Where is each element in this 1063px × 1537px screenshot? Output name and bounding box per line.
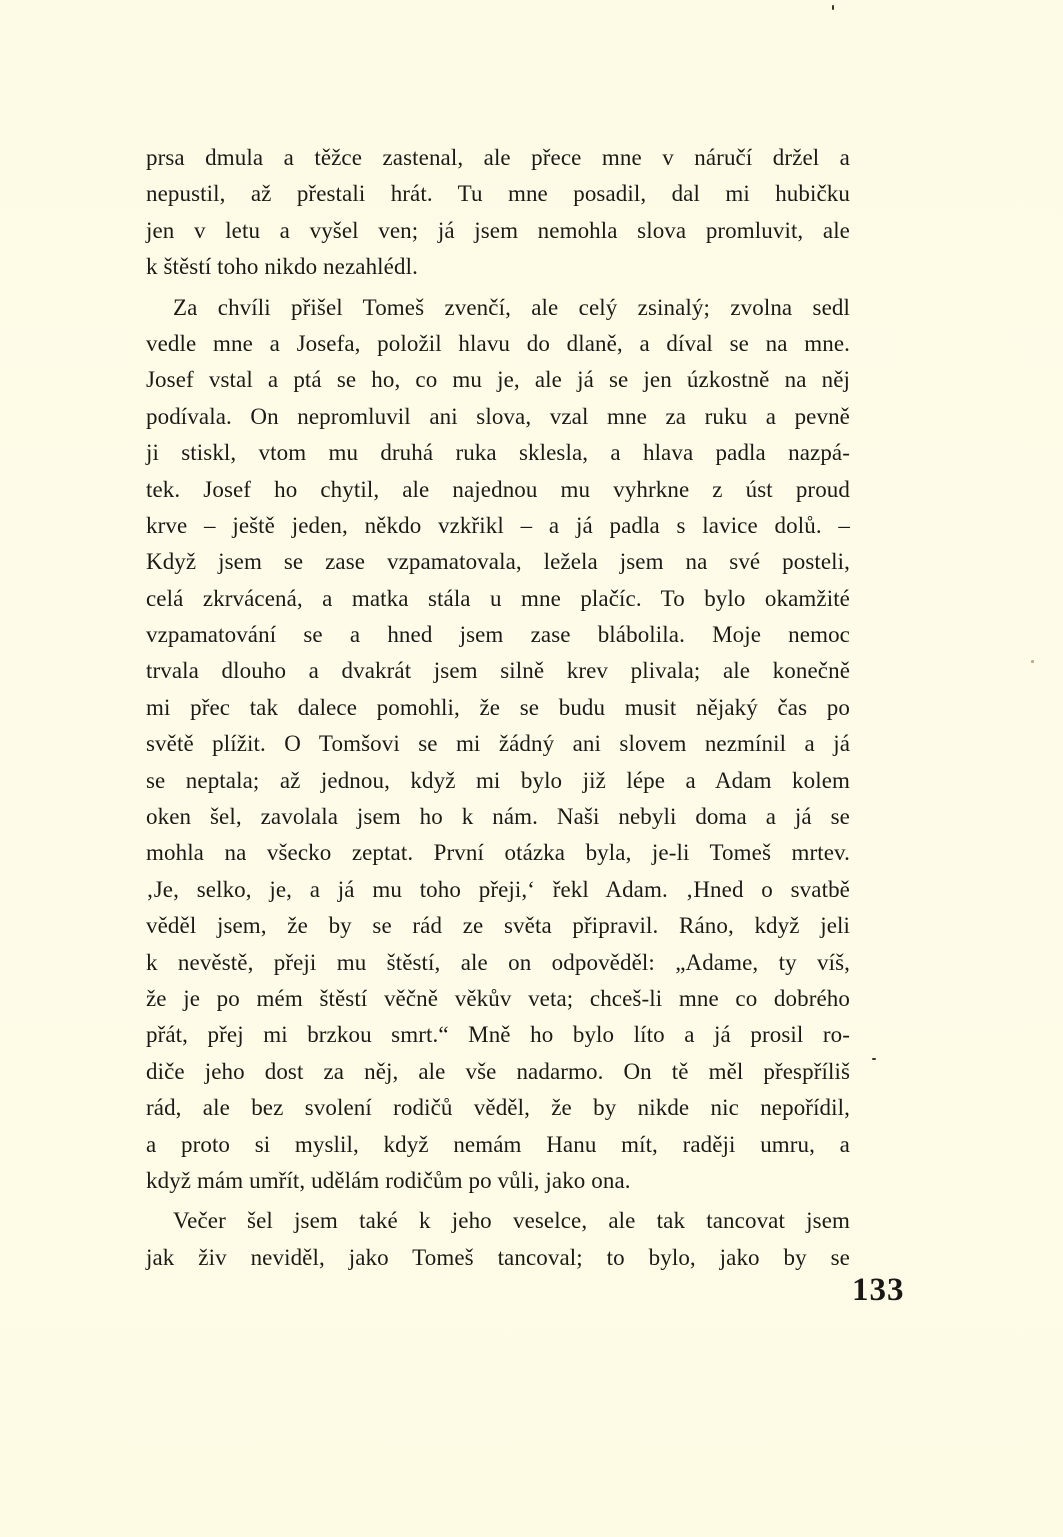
text-line: se neptala; až jednou, když mi bylo již … (146, 763, 850, 799)
text-line: vzpamatování se a hned jsem zase bláboli… (146, 617, 850, 653)
paragraph: Večer šel jsem také k jeho veselce, ale … (146, 1203, 850, 1276)
text-line: podívala. On nepromluvil ani slova, vzal… (146, 399, 850, 435)
text-line: a proto si myslil, když nemám Hanu mít, … (146, 1127, 850, 1163)
body-text: prsa dmula a těžce zastenal, ale přece m… (146, 140, 850, 1276)
text-line: oken šel, zavolala jsem ho k nám. Naši n… (146, 799, 850, 835)
scan-speck (872, 1058, 876, 1060)
text-line: světě plížit. O Tomšovi se mi žádný ani … (146, 726, 850, 762)
text-line: věděl jsem, že by se rád ze světa připra… (146, 908, 850, 944)
text-line: Večer šel jsem také k jeho veselce, ale … (146, 1203, 850, 1239)
text-line: Za chvíli přišel Tomeš zvenčí, ale celý … (146, 290, 850, 326)
scan-speck (832, 5, 834, 10)
text-line: přát, přej mi brzkou smrt.“ Mně ho bylo … (146, 1017, 850, 1053)
paragraph: prsa dmula a těžce zastenal, ale přece m… (146, 140, 850, 286)
text-line: tek. Josef ho chytil, ale najednou mu vy… (146, 472, 850, 508)
page-number: 133 (852, 1272, 905, 1309)
text-line: když mám umřít, udělám rodičům po vůli, … (146, 1163, 850, 1199)
text-line: mohla na všecko zeptat. První otázka byl… (146, 835, 850, 871)
text-line: prsa dmula a těžce zastenal, ale přece m… (146, 140, 850, 176)
text-line: rád, ale bez svolení rodičů věděl, že by… (146, 1090, 850, 1126)
text-line: jen v letu a vyšel ven; já jsem nemohla … (146, 213, 850, 249)
text-line: mi přec tak dalece pomohli, že se budu m… (146, 690, 850, 726)
text-line: k nevěstě, přeji mu štěstí, ale on odpov… (146, 945, 850, 981)
paragraph: Za chvíli přišel Tomeš zvenčí, ale celý … (146, 290, 850, 1200)
text-line: ji stiskl, vtom mu druhá ruka sklesla, a… (146, 435, 850, 471)
book-page: prsa dmula a těžce zastenal, ale přece m… (0, 0, 1063, 1537)
text-line: krve – ještě jeden, někdo vzkřikl – a já… (146, 508, 850, 544)
text-line: vedle mne a Josefa, položil hlavu do dla… (146, 326, 850, 362)
text-line: celá zkrvácená, a matka stála u mne plač… (146, 581, 850, 617)
text-line: ‚Je, selko, je, a já mu toho přeji,‘ řek… (146, 872, 850, 908)
text-line: Když jsem se zase vzpamatovala, ležela j… (146, 544, 850, 580)
text-line: nepustil, až přestali hrát. Tu mne posad… (146, 176, 850, 212)
text-line: k štěstí toho nikdo nezahlédl. (146, 249, 850, 285)
scan-speck (1031, 660, 1034, 663)
text-line: jak živ neviděl, jako Tomeš tancoval; to… (146, 1240, 850, 1276)
text-line: diče jeho dost za něj, ale vše nadarmo. … (146, 1054, 850, 1090)
text-line: trvala dlouho a dvakrát jsem silně krev … (146, 653, 850, 689)
text-line: Josef vstal a ptá se ho, co mu je, ale j… (146, 362, 850, 398)
text-line: že je po mém štěstí věčně věkův veta; ch… (146, 981, 850, 1017)
